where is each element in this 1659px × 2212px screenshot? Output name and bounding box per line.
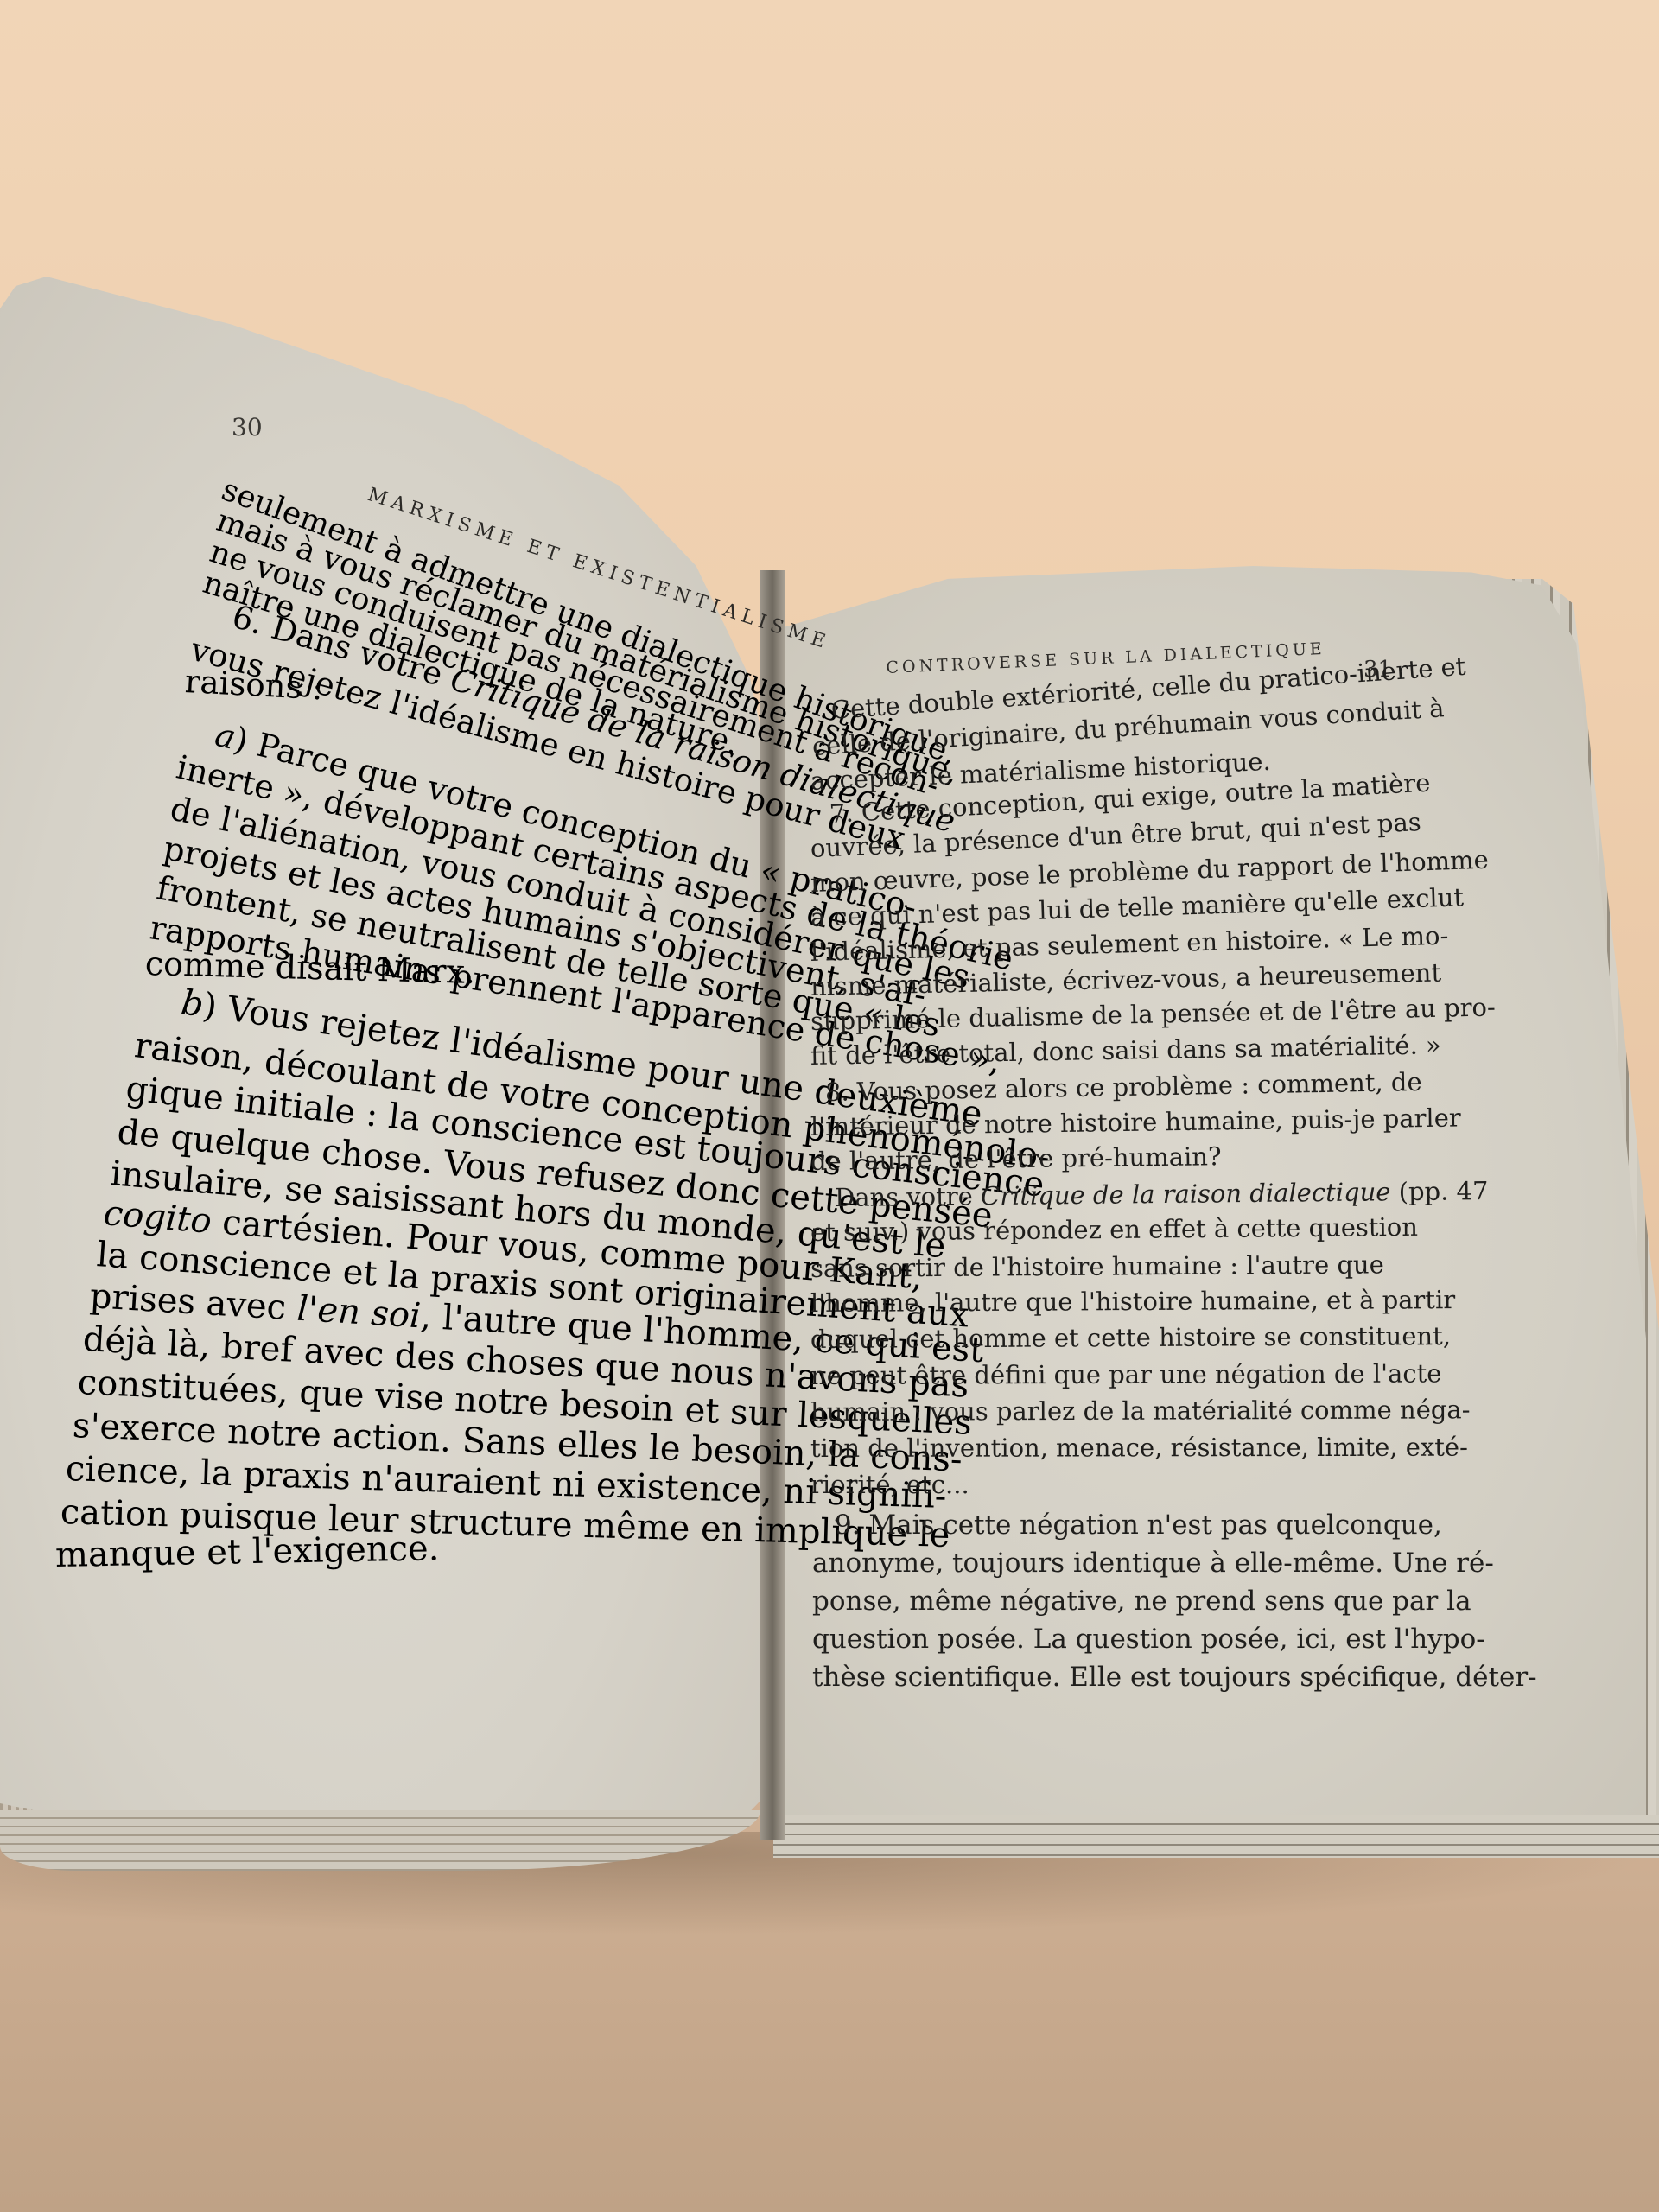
text-line: ne peut être défini que par une négation… [810,1361,1442,1389]
text-line: anonyme, toujours identique à elle-même.… [812,1550,1494,1577]
text-line: question posée. La question posée, ici, … [812,1626,1485,1653]
text-line: et suiv.) vous répondez en effet à cette… [810,1215,1418,1245]
photo-scene: 30 MARXISME ET EXISTENTIALISME seulement… [0,0,1659,2212]
text-line: comme disait Marx. [145,947,476,988]
text-line: sans sortir de l'histoire humaine : l'au… [810,1252,1384,1281]
text-line: humain : vous parlez de la matérialité c… [810,1397,1471,1425]
text-line: 9. Mais cette négation n'est pas quelcon… [835,1512,1442,1539]
right-page-bottom-edge [773,1815,1659,1858]
text-line: duquel cet homme et cette histoire se co… [810,1324,1451,1352]
text-line: tion de l'invention, menace, résistance,… [810,1435,1468,1461]
text-line: thèse scientifique. Elle est toujours sp… [812,1664,1537,1691]
text-line-critique: Dans votre Critique de la raison dialect… [835,1179,1489,1211]
text-line: de l'autre, de l'être pré-humain? [810,1144,1222,1174]
text-line: riorité, etc... [810,1472,969,1497]
text-line: raisons : [184,665,324,704]
text-line: l'homme, l'autre que l'histoire humaine,… [810,1287,1455,1316]
page-number-left: 30 [232,413,263,442]
text-line: manque et l'exigence. [55,1531,440,1573]
text-line: ponse, même négative, ne prend sens que … [812,1588,1471,1615]
